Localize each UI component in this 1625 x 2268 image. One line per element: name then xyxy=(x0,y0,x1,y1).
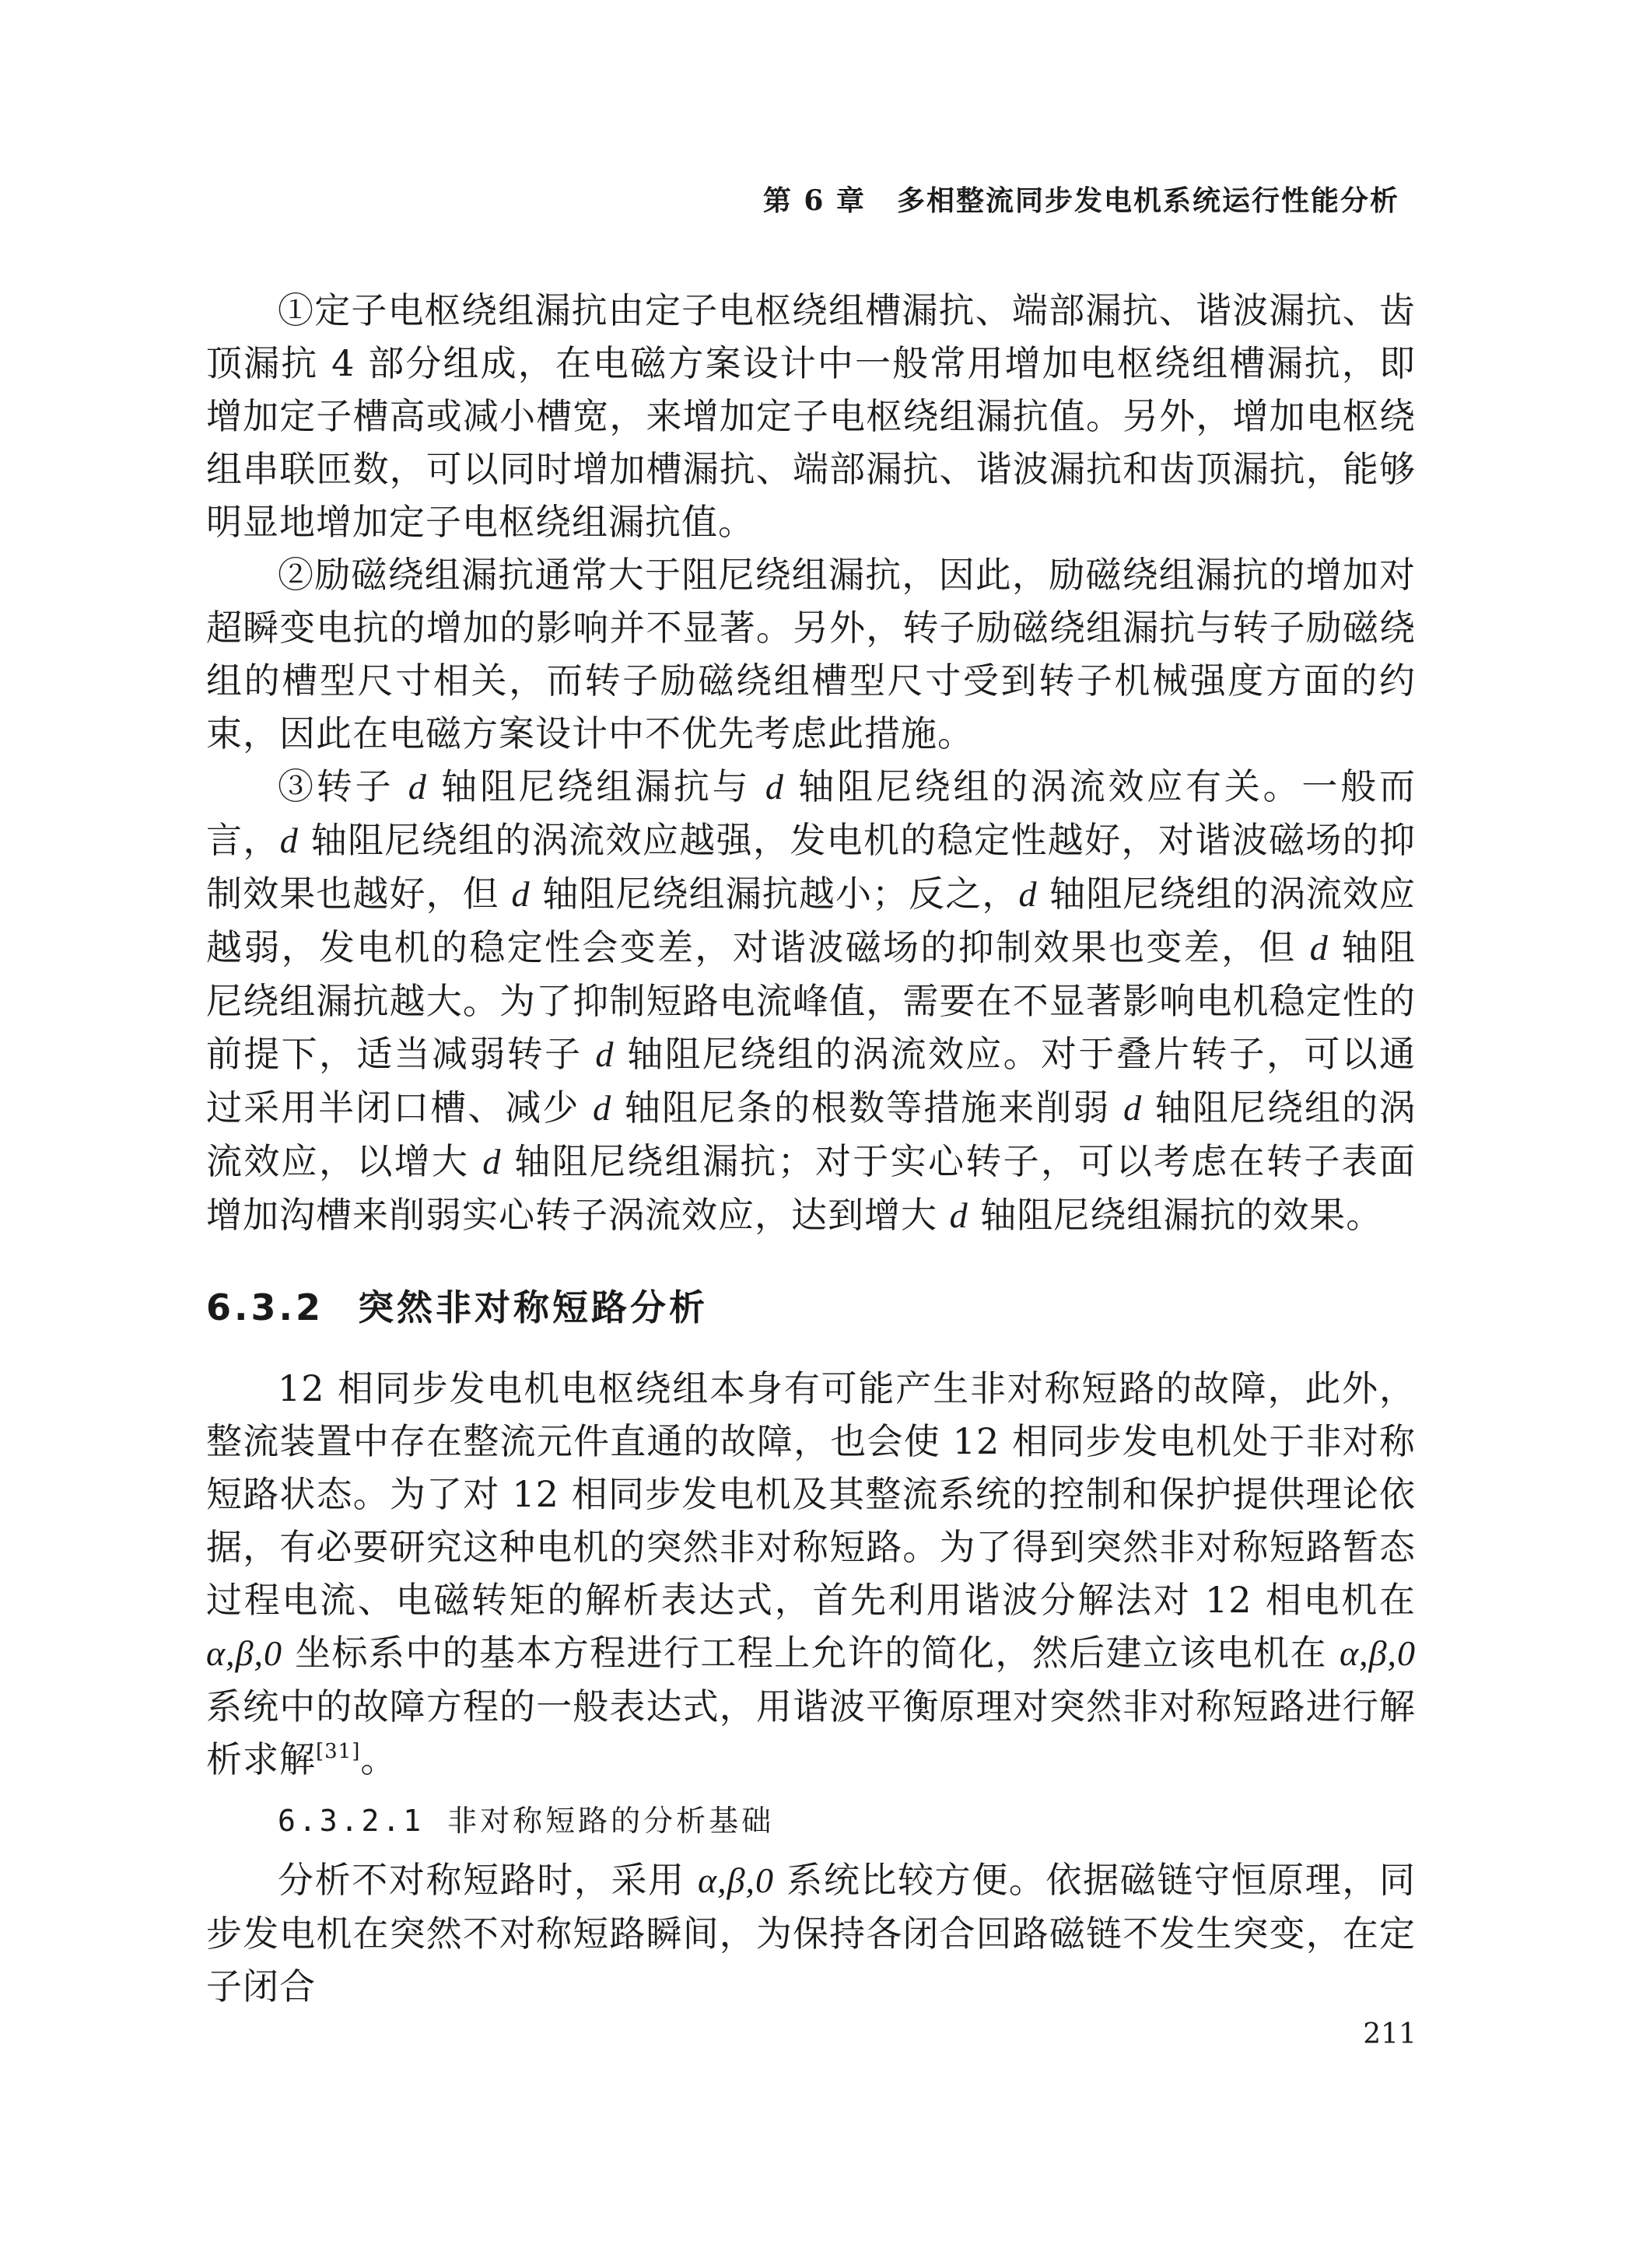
math-alpha-beta-zero: α,β,0 xyxy=(698,1860,774,1900)
math-variable-d: d xyxy=(1018,874,1037,914)
math-variable-d: d xyxy=(950,1195,968,1235)
section-title: 突然非对称短路分析 xyxy=(358,1286,708,1328)
math-variable-d: d xyxy=(593,1088,611,1128)
text-segment: 轴阻尼条的根数等措施来削弱 xyxy=(611,1087,1123,1129)
math-variable-d: d xyxy=(1310,928,1329,968)
page-body: ①定子电枢绕组漏抗由定子电枢绕组槽漏抗、端部漏抗、谐波漏抗、齿顶漏抗 4 部分组… xyxy=(206,284,1416,2013)
math-variable-d: d xyxy=(280,821,299,860)
paragraph-asymmetric-intro: 12 相同步发电机电枢绕组本身有可能产生非对称短路的故障，此外，整流装置中存在整… xyxy=(206,1362,1416,1786)
chapter-number: 第 6 章 xyxy=(763,184,866,217)
math-variable-d: d xyxy=(511,874,530,914)
section-number: 6.3.2 xyxy=(206,1286,324,1328)
subsection-title: 非对称短路的分析基础 xyxy=(447,1804,774,1838)
text-segment: 。 xyxy=(360,1738,397,1780)
paragraph-analysis-basis: 分析不对称短路时，采用 α,β,0 系统比较方便。依据磁链守恒原理，同步发电机在… xyxy=(206,1853,1416,2013)
math-alpha-beta-zero: α,β,0 xyxy=(1340,1633,1416,1673)
book-page: 第 6 章多相整流同步发电机系统运行性能分析 ①定子电枢绕组漏抗由定子电枢绕组槽… xyxy=(0,0,1625,2268)
page-number: 211 xyxy=(1363,2018,1417,2050)
paragraph-damper-leakage: ③转子 d 轴阻尼绕组漏抗与 d 轴阻尼绕组的涡流效应有关。一般而言，d 轴阻尼… xyxy=(206,760,1416,1242)
section-heading: 6.3.2突然非对称短路分析 xyxy=(206,1279,1416,1331)
text-segment: 轴阻尼绕组漏抗越小；反之， xyxy=(530,873,1018,915)
math-variable-d: d xyxy=(1123,1088,1142,1128)
text-segment: ③转子 xyxy=(278,765,408,807)
math-variable-d: d xyxy=(482,1142,501,1181)
math-alpha-beta-zero: α,β,0 xyxy=(206,1633,282,1673)
math-variable-d: d xyxy=(408,767,427,807)
text-segment: 12 相同步发电机电枢绕组本身有可能产生非对称短路的故障，此外，整流装置中存在整… xyxy=(206,1367,1416,1621)
text-segment: 分析不对称短路时，采用 xyxy=(278,1859,698,1901)
paragraph-stator-leakage: ①定子电枢绕组漏抗由定子电枢绕组槽漏抗、端部漏抗、谐波漏抗、齿顶漏抗 4 部分组… xyxy=(206,284,1416,548)
text-segment: 轴阻尼绕组漏抗的效果。 xyxy=(968,1194,1383,1236)
chapter-title: 多相整流同步发电机系统运行性能分析 xyxy=(897,184,1399,217)
citation-reference[interactable]: [31] xyxy=(316,1740,360,1763)
text-segment: 轴阻尼绕组漏抗与 xyxy=(427,765,765,807)
paragraph-field-leakage: ②励磁绕组漏抗通常大于阻尼绕组漏抗，因此，励磁绕组漏抗的增加对超瞬变电抗的增加的… xyxy=(206,548,1416,760)
math-variable-d: d xyxy=(595,1034,614,1074)
text-segment: 坐标系中的基本方程进行工程上允许的简化，然后建立该电机在 xyxy=(282,1632,1340,1674)
math-variable-d: d xyxy=(765,767,784,807)
running-header: 第 6 章多相整流同步发电机系统运行性能分析 xyxy=(763,179,1399,219)
subsection-number: 6.3.2.1 xyxy=(278,1804,424,1838)
subsection-heading: 6.3.2.1非对称短路的分析基础 xyxy=(278,1797,1416,1839)
